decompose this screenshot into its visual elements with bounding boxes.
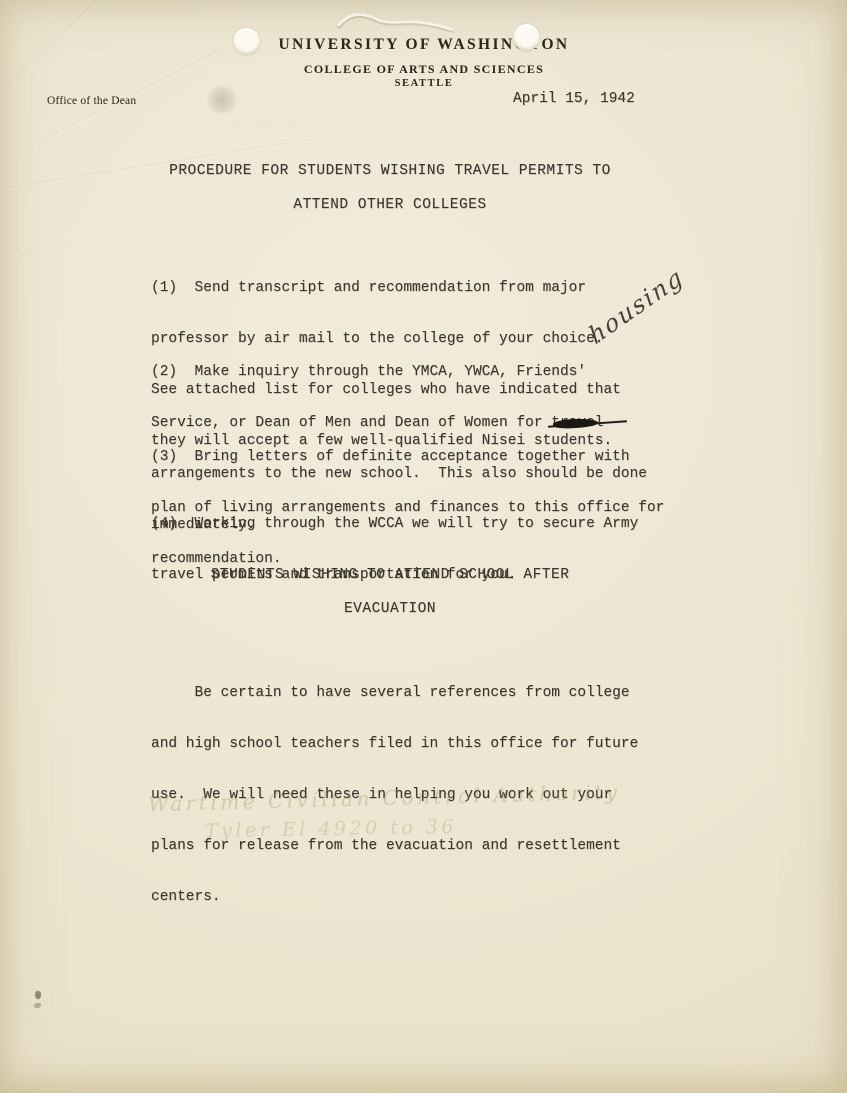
body-line: centers.	[151, 889, 638, 906]
body-line: (4) Working through the WCCA we will try…	[151, 516, 638, 533]
body-line: (1) Send transcript and recommendation f…	[151, 280, 621, 297]
letterhead-college: COLLEGE OF ARTS AND SCIENCES	[0, 62, 847, 77]
letterhead-city: SEATTLE	[0, 78, 847, 89]
section2-heading-line1: STUDENTS WISHING TO ATTEND SCHOOL AFTER	[0, 567, 780, 584]
scanned-document-page: UNIVERSITY OF WASHINGTON COLLEGE OF ARTS…	[0, 0, 847, 1093]
body-line: and high school teachers filed in this o…	[151, 736, 638, 753]
letterhead-university: UNIVERSITY OF WASHINGTON	[0, 36, 847, 54]
document-title-line1: PROCEDURE FOR STUDENTS WISHING TRAVEL PE…	[0, 163, 780, 180]
letterhead-office-of-dean: Office of the Dean	[47, 95, 136, 107]
body-line: (3) Bring letters of definite acceptance…	[151, 449, 664, 466]
section2-heading-line2: EVACUATION	[0, 601, 780, 618]
document-date: April 15, 1942	[513, 91, 635, 108]
ink-smudge	[207, 86, 237, 114]
paper-crease	[30, 112, 330, 130]
paragraph-4: (4) Working through the WCCA we will try…	[151, 482, 638, 618]
body-line: plans for release from the evacuation an…	[151, 838, 638, 855]
body-line: (2) Make inquiry through the YMCA, YWCA,…	[151, 364, 647, 381]
body-line: Be certain to have several references fr…	[151, 685, 638, 702]
paper-speck	[34, 1003, 42, 1009]
paper-speck	[34, 990, 42, 999]
body-line: use. We will need these in helping you w…	[151, 787, 638, 804]
erased-pencil-scribble	[330, 4, 460, 36]
document-title-line2: ATTEND OTHER COLLEGES	[0, 197, 780, 214]
punch-hole-left	[233, 28, 260, 55]
punch-hole-right	[513, 24, 540, 51]
paragraph-5: Be certain to have several references fr…	[151, 651, 638, 940]
